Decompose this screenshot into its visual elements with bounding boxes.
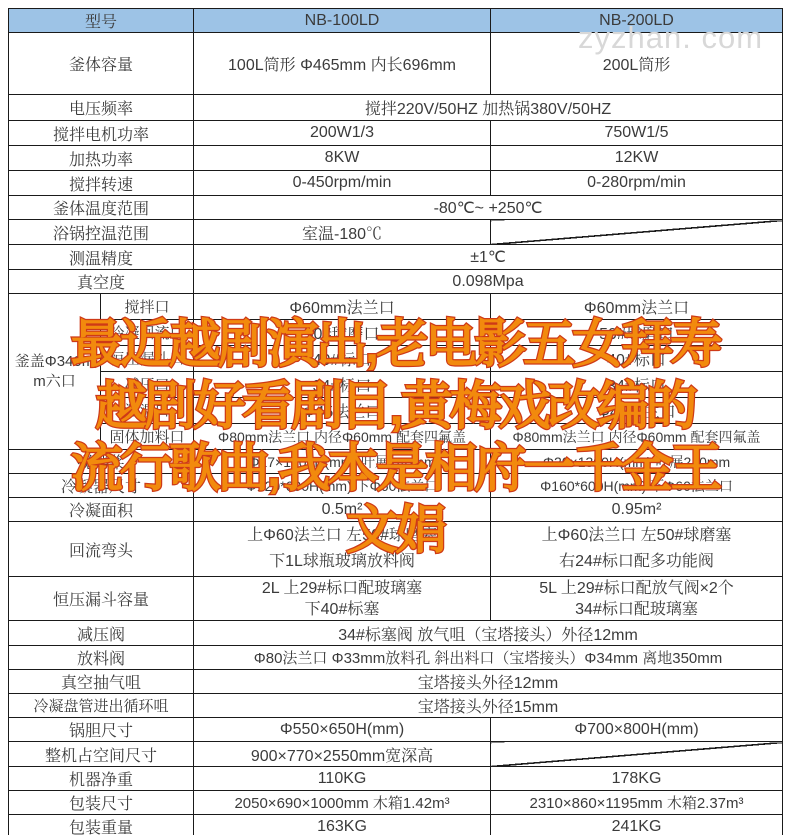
value-cell: 241KG [491,815,783,835]
label-cell: 真空抽气咀 [9,670,194,694]
value-cell: 0-280rpm/min [491,171,783,196]
value-cell: Φ80法兰口 Φ33mm放料孔 斜出料口（宝塔接头）Φ34mm 离地350mm [194,646,783,670]
value-cell: 5L 上29#标口配放气阀×2个 34#标口配玻璃塞 [491,577,783,621]
value-cell: 163KG [194,815,491,835]
row-bath-temp: 浴锅控温范围 室温-180℃ [9,220,783,245]
row-relief-valve: 减压阀 34#标塞阀 放气咀（宝塔接头）外径12mm [9,621,783,646]
header-model: 型号 [9,9,194,33]
row-machine-space: 整机占空间尺寸 900×770×2550mm宽深高 [9,742,783,767]
label-cell: 加热功率 [9,146,194,171]
value-cell: 2L 上29#标口配玻璃塞 下40#标塞 [194,577,491,621]
value-line: 5L 上29#标口配放气阀×2个 [493,578,780,599]
header-nb100ld: NB-100LD [194,9,491,33]
overlay-line: 越剧好看剧目,黄梅戏改编的 [0,376,790,438]
row-coil-nozzle: 冷凝盘管进出循环咀 宝塔接头外径15mm [9,694,783,718]
value-cell: Φ700×800H(mm) [491,718,783,742]
overlay-line: 流行歌曲,我本是相府一千金王 [0,438,790,500]
row-funnel-capacity: 恒压漏斗容量 2L 上29#标口配玻璃塞 下40#标塞 5L 上29#标口配放气… [9,577,783,621]
value-cell: 8KW [194,146,491,171]
label-cell: 冷凝盘管进出循环咀 [9,694,194,718]
row-package-weight: 包装重量 163KG 241KG [9,815,783,835]
overlay-line: 文娟 [0,500,790,562]
value-cell: 宝塔接头外径12mm [194,670,783,694]
value-cell: 100L筒形 Φ465mm 内长696mm [194,33,491,95]
overlay-line: 最近越剧演出,老电影五女拜寿 [0,314,790,376]
row-voltage: 电压频率 搅拌220V/50HZ 加热锅380V/50HZ [9,95,783,121]
row-discharge-valve: 放料阀 Φ80法兰口 Φ33mm放料孔 斜出料口（宝塔接头）Φ34mm 离地35… [9,646,783,670]
value-line: 下40#标塞 [196,599,488,620]
label-cell: 包装尺寸 [9,791,194,815]
value-cell: 34#标塞阀 放气咀（宝塔接头）外径12mm [194,621,783,646]
value-line: 34#标口配玻璃塞 [493,599,780,620]
value-cell: 室温-180℃ [194,220,491,245]
label-cell: 机器净重 [9,767,194,791]
row-stir-motor: 搅拌电机功率 200W1/3 750W1/5 [9,121,783,146]
label-cell: 放料阀 [9,646,194,670]
value-line: 2L 上29#标口配玻璃塞 [196,578,488,599]
label-cell: 搅拌转速 [9,171,194,196]
label-cell: 恒压漏斗容量 [9,577,194,621]
row-net-weight: 机器净重 110KG 178KG [9,767,783,791]
label-cell: 锅胆尺寸 [9,718,194,742]
value-cell: 0.098Mpa [194,270,783,294]
label-cell: 搅拌电机功率 [9,121,194,146]
value-cell: 0-450rpm/min [194,171,491,196]
row-package-size: 包装尺寸 2050×690×1000mm 木箱1.42m³ 2310×860×1… [9,791,783,815]
label-cell: 测温精度 [9,245,194,270]
value-cell: 12KW [491,146,783,171]
value-cell: 900×770×2550mm宽深高 [194,742,491,767]
value-cell: Φ550×650H(mm) [194,718,491,742]
label-cell: 整机占空间尺寸 [9,742,194,767]
site-watermark: zyzhan. com [578,20,763,56]
row-vacuum-nozzle: 真空抽气咀 宝塔接头外径12mm [9,670,783,694]
value-cell: -80℃~ +250℃ [194,196,783,220]
row-temp-accuracy: 测温精度 ±1℃ [9,245,783,270]
label-cell: 减压阀 [9,621,194,646]
value-cell: ±1℃ [194,245,783,270]
value-cell: 2310×860×1195mm 木箱2.37m³ [491,791,783,815]
overlay-caption-text: 最近越剧演出,老电影五女拜寿 越剧好看剧目,黄梅戏改编的 流行歌曲,我本是相府一… [0,314,790,562]
diagonal-cell [491,220,783,245]
label-cell: 釜体温度范围 [9,196,194,220]
value-cell: 宝塔接头外径15mm [194,694,783,718]
row-kettle-temp: 釜体温度范围 -80℃~ +250℃ [9,196,783,220]
row-pot-size: 锅胆尺寸 Φ550×650H(mm) Φ700×800H(mm) [9,718,783,742]
value-cell: 2050×690×1000mm 木箱1.42m³ [194,791,491,815]
row-stir-speed: 搅拌转速 0-450rpm/min 0-280rpm/min [9,171,783,196]
diagonal-cell [491,742,783,767]
label-cell: 电压频率 [9,95,194,121]
label-cell: 真空度 [9,270,194,294]
row-heating-power: 加热功率 8KW 12KW [9,146,783,171]
value-cell: 搅拌220V/50HZ 加热锅380V/50HZ [194,95,783,121]
label-cell: 包装重量 [9,815,194,835]
value-cell: 750W1/5 [491,121,783,146]
value-cell: 200W1/3 [194,121,491,146]
row-vacuum: 真空度 0.098Mpa [9,270,783,294]
value-cell: 110KG [194,767,491,791]
label-cell: 釜体容量 [9,33,194,95]
label-cell: 浴锅控温范围 [9,220,194,245]
value-cell: 178KG [491,767,783,791]
